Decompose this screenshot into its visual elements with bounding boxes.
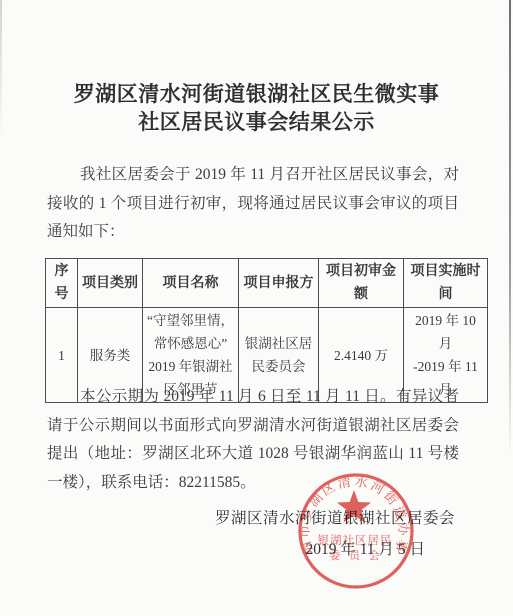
scan-edge-artifact-right: [509, 0, 511, 455]
signature-date: 2019 年 11 月 5 日: [0, 537, 425, 559]
page-title: 罗湖区清水河街道银湖社区民生微实事 社区居民议事会结果公示: [0, 80, 513, 136]
page-title-line1: 罗湖区清水河街道银湖社区民生微实事: [0, 80, 513, 108]
scan-edge-artifact-left: [0, 0, 2, 140]
signature-org: 罗湖区清水河街道银湖社区居委会: [0, 506, 455, 528]
header-applicant: 项目申报方: [239, 259, 319, 308]
header-category: 项目类别: [78, 259, 143, 308]
intro-paragraph: 我社区居委会于 2019 年 11 月召开社区居民议事会，对接收的 1 个项目进…: [47, 161, 459, 247]
header-index: 序号: [46, 259, 78, 308]
scanned-notice-document: 罗湖区清水河街道银湖社区民生微实事 社区居民议事会结果公示 我社区居委会于 20…: [0, 0, 513, 616]
header-period: 项目实施时间: [404, 259, 488, 308]
project-result-table: 序号 项目类别 项目名称 项目申报方 项目初审金额 项目实施时间 1 服务类 “…: [45, 258, 488, 403]
header-amount: 项目初审金额: [319, 259, 404, 308]
table-header-row: 序号 项目类别 项目名称 项目申报方 项目初审金额 项目实施时间: [46, 259, 488, 308]
notice-paragraph: 本公示期为 2019 年 11 月 6 日至 11 月 11 日。有异议者请于公…: [47, 383, 459, 497]
header-name: 项目名称: [143, 259, 239, 308]
page-title-line2: 社区居民议事会结果公示: [0, 108, 513, 136]
